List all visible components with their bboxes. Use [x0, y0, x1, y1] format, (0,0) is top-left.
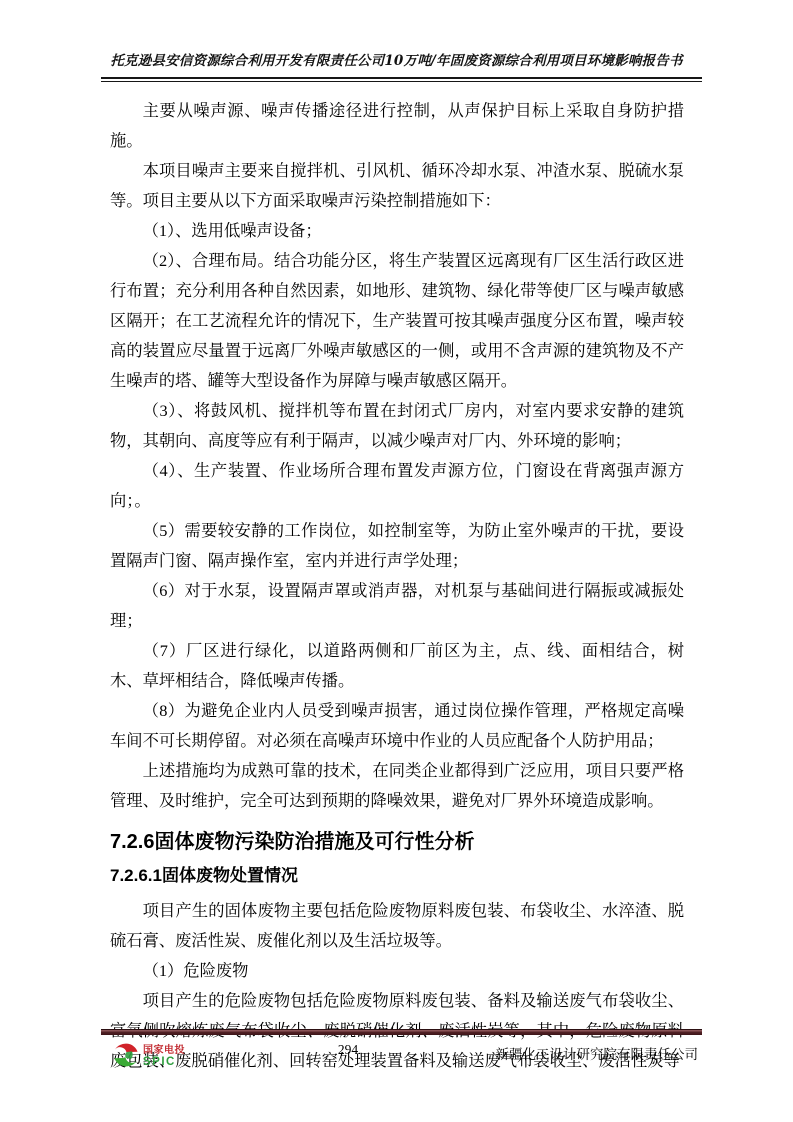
- spic-swirl-icon: [112, 1041, 140, 1074]
- body-paragraph: （6）对于水泵，设置隔声罩或消声器，对机泵与基础间进行隔振或减振处理；: [110, 576, 684, 636]
- body-paragraph: （1）、选用低噪声设备；: [110, 216, 684, 246]
- spic-logo-cn-label: 国家电投: [143, 1046, 185, 1056]
- section-heading: 7.2.6固体废物污染防治措施及可行性分析: [110, 828, 684, 856]
- body-paragraph: （3）、将鼓风机、搅拌机等布置在封闭式厂房内，对室内要求安静的建筑物，其朝向、高…: [110, 396, 684, 456]
- subsection-heading: 7.2.6.1固体废物处置情况: [110, 864, 684, 888]
- body-paragraph: 项目产生的固体废物主要包括危险废物原料废包装、布袋收尘、水淬渣、脱硫石膏、废活性…: [110, 896, 684, 956]
- body-paragraph: （4）、生产装置、作业场所合理布置发声源方位，门窗设在背离强声源方向；。: [110, 456, 684, 516]
- page-number: 294: [306, 1042, 390, 1058]
- report-title: 托克逊县安信资源综合利用开发有限责任公司10万吨/年固废资源综合利用项目环境影响…: [0, 49, 793, 69]
- body-paragraph: （8）为避免企业内人员受到噪声损害，通过岗位操作管理，严格规定高噪车间不可长期停…: [110, 696, 684, 756]
- footer-company-name: 新疆化工设计研究院有限责任公司: [496, 1043, 699, 1063]
- spic-logo-text: 国家电投 SPIC: [143, 1046, 185, 1069]
- footer-rule: [101, 1029, 702, 1035]
- body-paragraph: （1）危险废物: [110, 956, 684, 986]
- body-paragraph: （7）厂区进行绿化，以道路两侧和厂前区为主，点、线、面相结合，树木、草坪相结合，…: [110, 636, 684, 696]
- header-rule: [101, 77, 702, 82]
- body-paragraph: （5）需要较安静的工作岗位，如控制室等，为防止室外噪声的干扰，要设置隔声门窗、隔…: [110, 516, 684, 576]
- spic-logo-en-label: SPIC: [143, 1057, 185, 1069]
- spic-logo: 国家电投 SPIC: [112, 1041, 185, 1074]
- body-paragraph: （2）、合理布局。结合功能分区，将生产装置区远离现有厂区生活行政区进行布置；充分…: [110, 246, 684, 396]
- document-page: 托克逊县安信资源综合利用开发有限责任公司10万吨/年固废资源综合利用项目环境影响…: [0, 0, 793, 1122]
- body-paragraph: 主要从噪声源、噪声传播途径进行控制，从声保护目标上采取自身防护措施。: [110, 96, 684, 156]
- document-body: 主要从噪声源、噪声传播途径进行控制，从声保护目标上采取自身防护措施。本项目噪声主…: [110, 96, 684, 1076]
- body-paragraph: 上述措施均为成熟可靠的技术，在同类企业都得到广泛应用，项目只要严格管理、及时维护…: [110, 756, 684, 816]
- body-paragraph: 本项目噪声主要来自搅拌机、引风机、循环冷却水泵、冲渣水泵、脱硫水泵等。项目主要从…: [110, 156, 684, 216]
